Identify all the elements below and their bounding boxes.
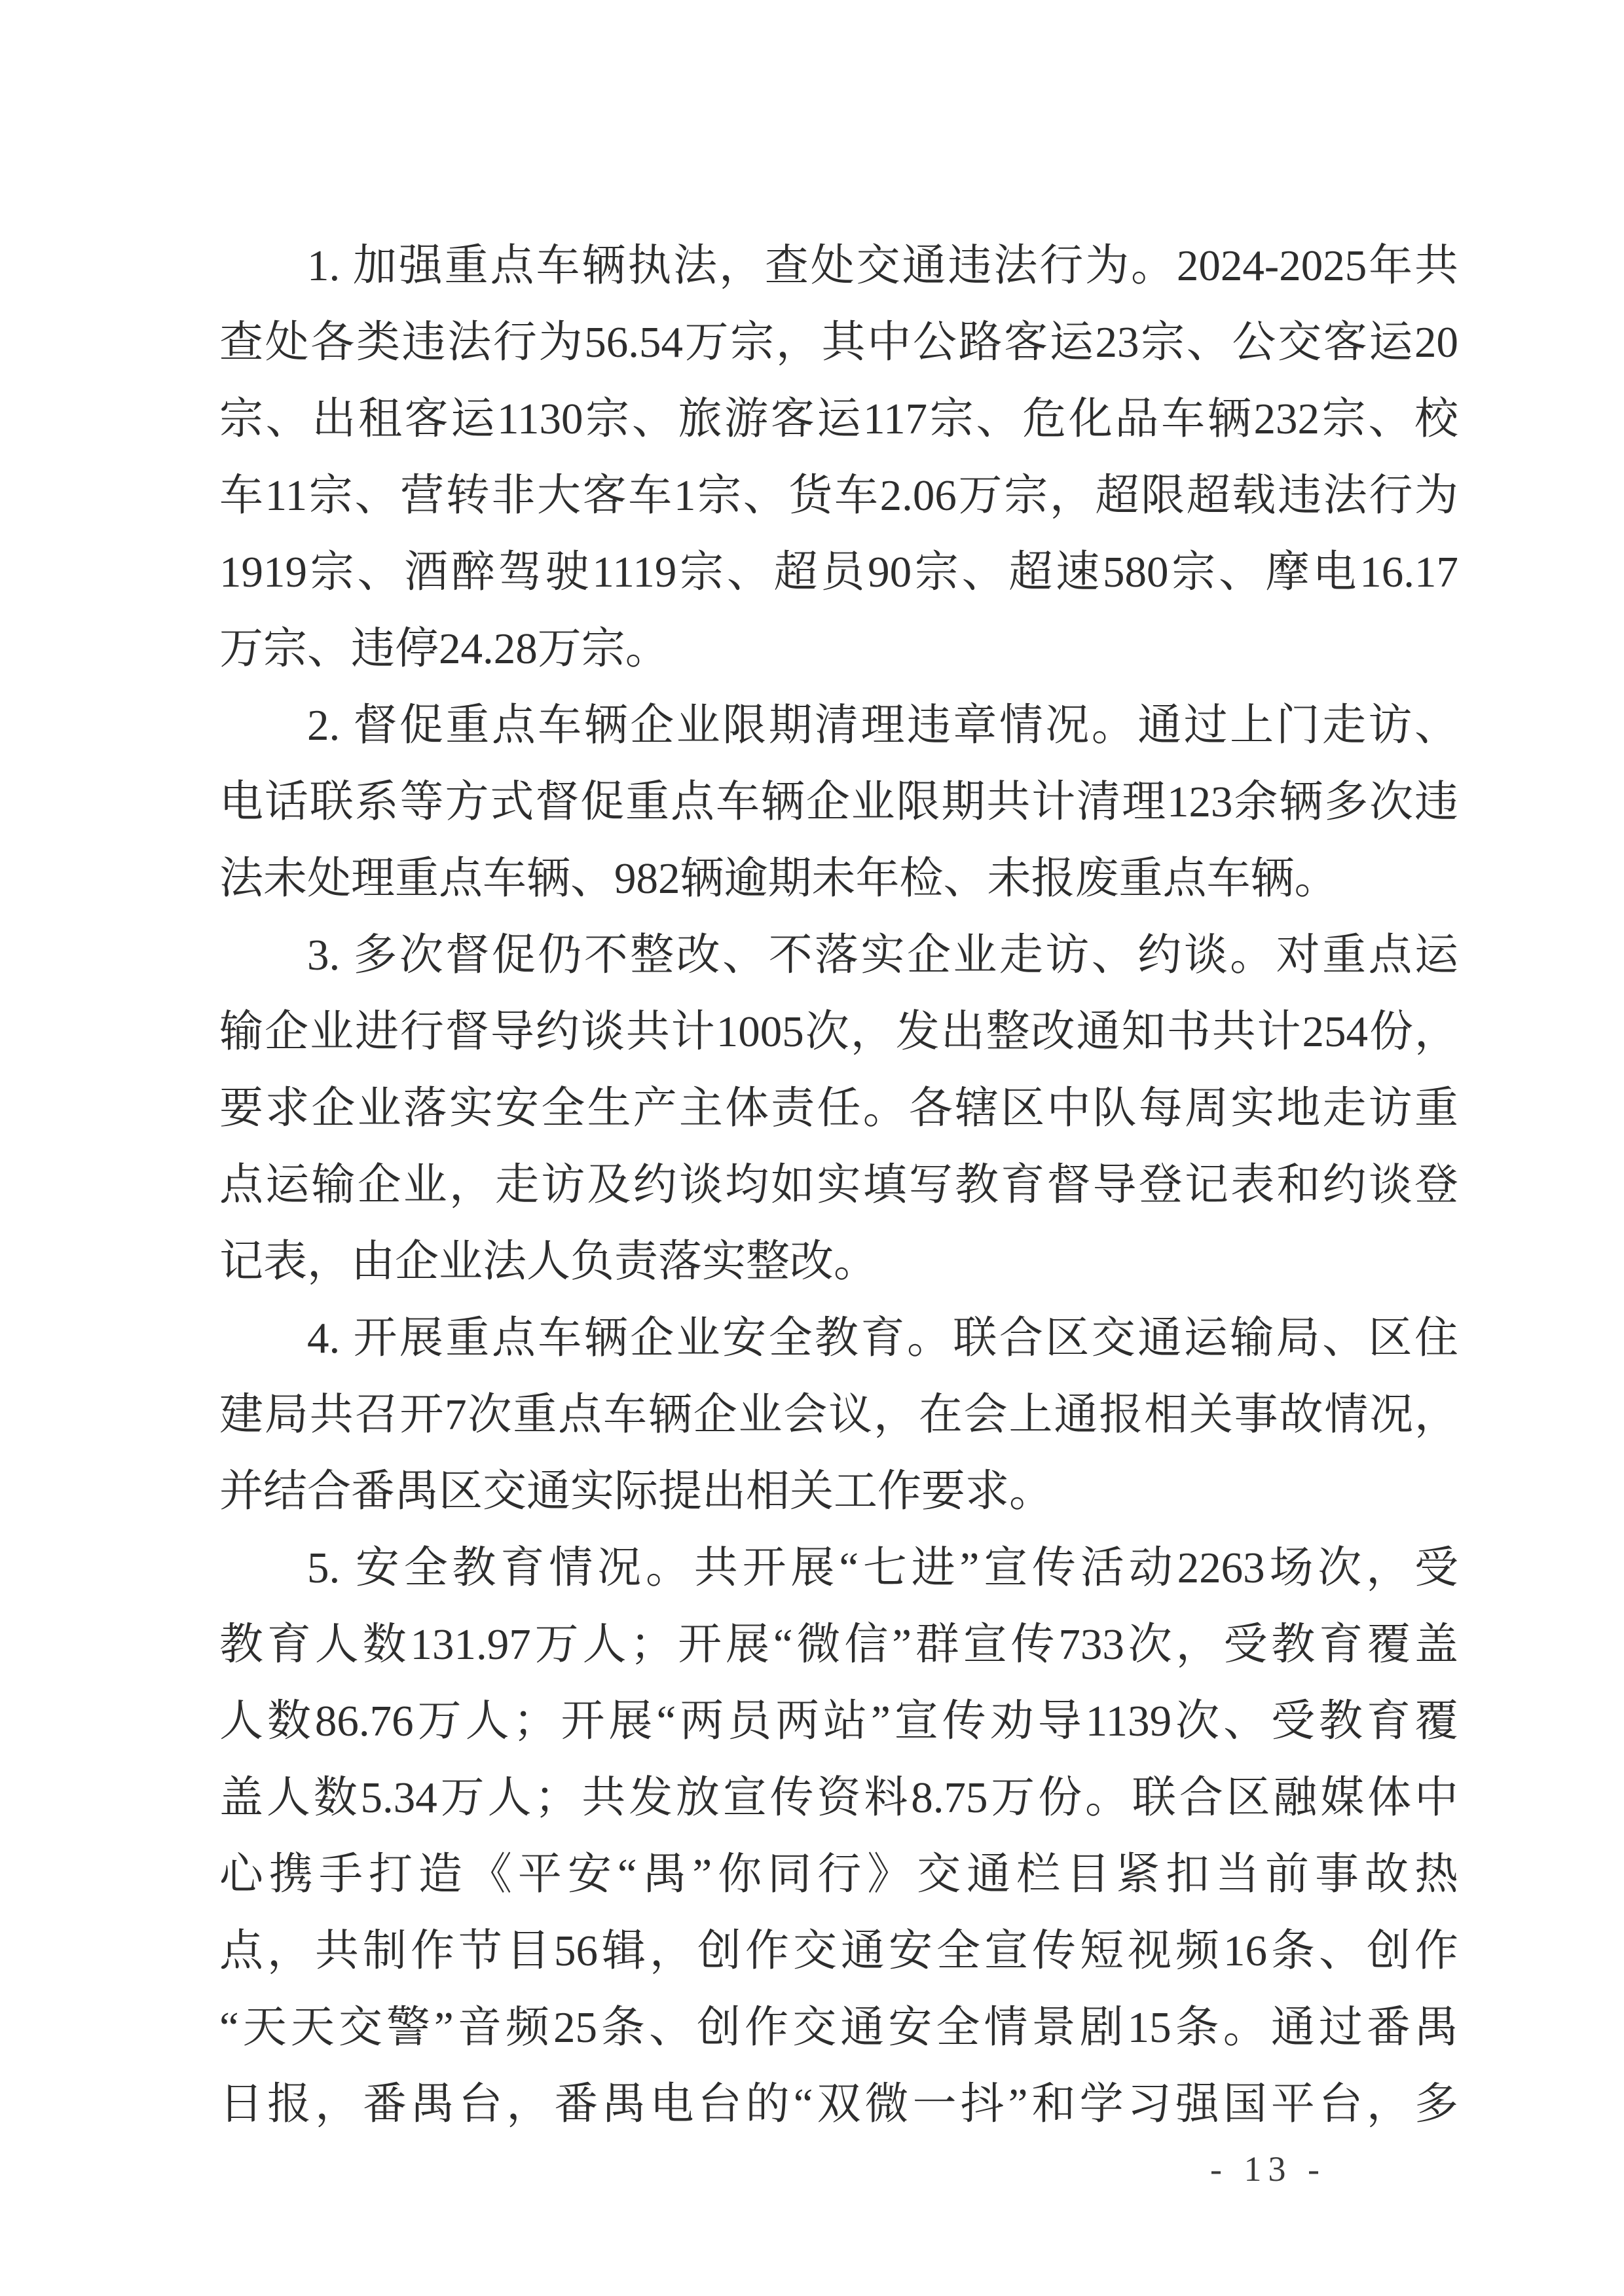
text-line: 教育人数131.97万人；开展“微信”群宣传733次，受教育覆盖: [219, 1607, 1458, 1683]
paragraph-1: 1. 加强重点车辆执法，查处交通违法行为。2024-2025年共 查处各类违法行…: [219, 228, 1458, 687]
text-line: 万宗、违停24.28万宗。: [219, 611, 1458, 687]
text-line: 法未处理重点车辆、982辆逾期未年检、未报废重点车辆。: [219, 841, 1458, 917]
paragraph-3: 3. 多次督促仍不整改、不落实企业走访、约谈。对重点运 输企业进行督导约谈共计1…: [219, 917, 1458, 1300]
text-line: 3. 多次督促仍不整改、不落实企业走访、约谈。对重点运: [219, 917, 1458, 994]
text-line: 点运输企业，走访及约谈均如实填写教育督导登记表和约谈登: [219, 1147, 1458, 1224]
document-page: 1. 加强重点车辆执法，查处交通违法行为。2024-2025年共 查处各类违法行…: [0, 0, 1624, 2296]
text-line: 宗、出租客运1130宗、旅游客运117宗、危化品车辆232宗、校: [219, 381, 1458, 458]
text-line: 记表，由企业法人负责落实整改。: [219, 1224, 1458, 1300]
page-number: - 13 -: [1210, 2149, 1326, 2189]
text-line: 并结合番禺区交通实际提出相关工作要求。: [219, 1453, 1458, 1530]
text-line: 心携手打造《平安“禺”你同行》交通栏目紧扣当前事故热: [219, 1836, 1458, 1913]
text-line: 点，共制作节目56辑，创作交通安全宣传短视频16条、创作: [219, 1913, 1458, 1990]
text-line: 建局共召开7次重点车辆企业会议，在会上通报相关事故情况，: [219, 1377, 1458, 1453]
text-line: 1. 加强重点车辆执法，查处交通违法行为。2024-2025年共: [219, 228, 1458, 304]
text-line: 4. 开展重点车辆企业安全教育。联合区交通运输局、区住: [219, 1300, 1458, 1377]
text-line: 1919宗、酒醉驾驶1119宗、超员90宗、超速580宗、摩电16.17: [219, 534, 1458, 611]
text-line: 输企业进行督导约谈共计1005次，发出整改通知书共计254份，: [219, 994, 1458, 1070]
text-line: 车11宗、营转非大客车1宗、货车2.06万宗，超限超载违法行为: [219, 458, 1458, 534]
text-line: 要求企业落实安全生产主体责任。各辖区中队每周实地走访重: [219, 1070, 1458, 1147]
text-line: 人数86.76万人；开展“两员两站”宣传劝导1139次、受教育覆: [219, 1683, 1458, 1760]
text-line: 5. 安全教育情况。共开展“七进”宣传活动2263场次，受: [219, 1530, 1458, 1607]
paragraph-4: 4. 开展重点车辆企业安全教育。联合区交通运输局、区住 建局共召开7次重点车辆企…: [219, 1300, 1458, 1530]
text-line: 电话联系等方式督促重点车辆企业限期共计清理123余辆多次违: [219, 764, 1458, 841]
text-line: 日报，番禺台，番禺电台的“双微一抖”和学习强国平台，多: [219, 2066, 1458, 2143]
paragraph-2: 2. 督促重点车辆企业限期清理违章情况。通过上门走访、 电话联系等方式督促重点车…: [219, 687, 1458, 917]
paragraph-5: 5. 安全教育情况。共开展“七进”宣传活动2263场次，受 教育人数131.97…: [219, 1530, 1458, 2143]
text-line: 2. 督促重点车辆企业限期清理违章情况。通过上门走访、: [219, 687, 1458, 764]
text-line: 盖人数5.34万人；共发放宣传资料8.75万份。联合区融媒体中: [219, 1760, 1458, 1836]
text-line: “天天交警”音频25条、创作交通安全情景剧15条。通过番禺: [219, 1990, 1458, 2066]
text-line: 查处各类违法行为56.54万宗，其中公路客运23宗、公交客运20: [219, 304, 1458, 381]
document-body: 1. 加强重点车辆执法，查处交通违法行为。2024-2025年共 查处各类违法行…: [219, 228, 1458, 2143]
